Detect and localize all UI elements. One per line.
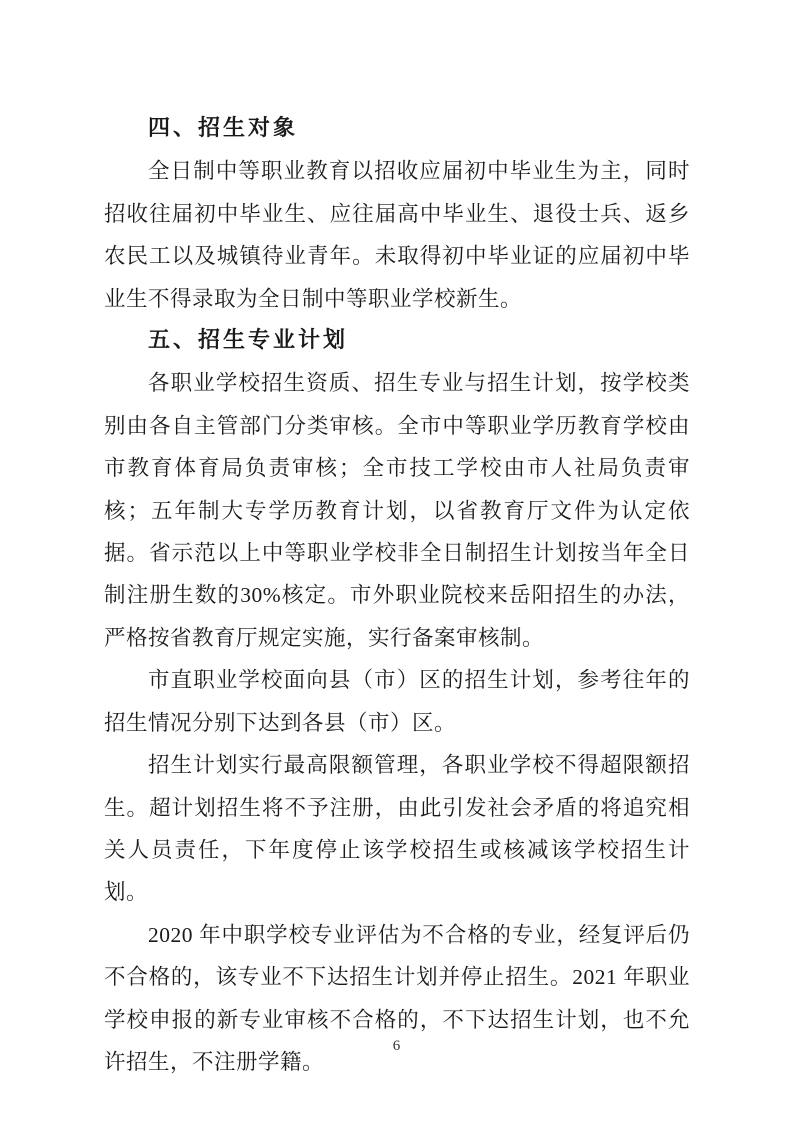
page-number: 6	[0, 1038, 793, 1055]
body-paragraph: 各职业学校招生资质、招生专业与招生计划，按学校类别由各自主管部门分类审核。全市中…	[104, 362, 690, 659]
body-paragraph: 全日制中等职业教育以招收应届初中毕业生为主，同时招收往届初中毕业生、应往届高中毕…	[104, 150, 690, 320]
body-paragraph: 市直职业学校面向县（市）区的招生计划，参考往年的招生情况分别下达到各县（市）区。	[104, 659, 690, 744]
document-page: 四、招生对象 全日制中等职业教育以招收应届初中毕业生为主，同时招收往届初中毕业生…	[0, 0, 793, 1122]
body-paragraph: 2020 年中职学校专业评估为不合格的专业，经复评后仍不合格的，该专业不下达招生…	[104, 914, 690, 1084]
section-heading-enrollment-targets: 四、招生对象	[104, 108, 690, 150]
body-paragraph: 招生计划实行最高限额管理，各职业学校不得超限额招生。超计划招生将不予注册，由此引…	[104, 744, 690, 914]
document-body: 四、招生对象 全日制中等职业教育以招收应届初中毕业生为主，同时招收往届初中毕业生…	[104, 108, 690, 1083]
section-heading-enrollment-major-plan: 五、招生专业计划	[104, 320, 690, 362]
